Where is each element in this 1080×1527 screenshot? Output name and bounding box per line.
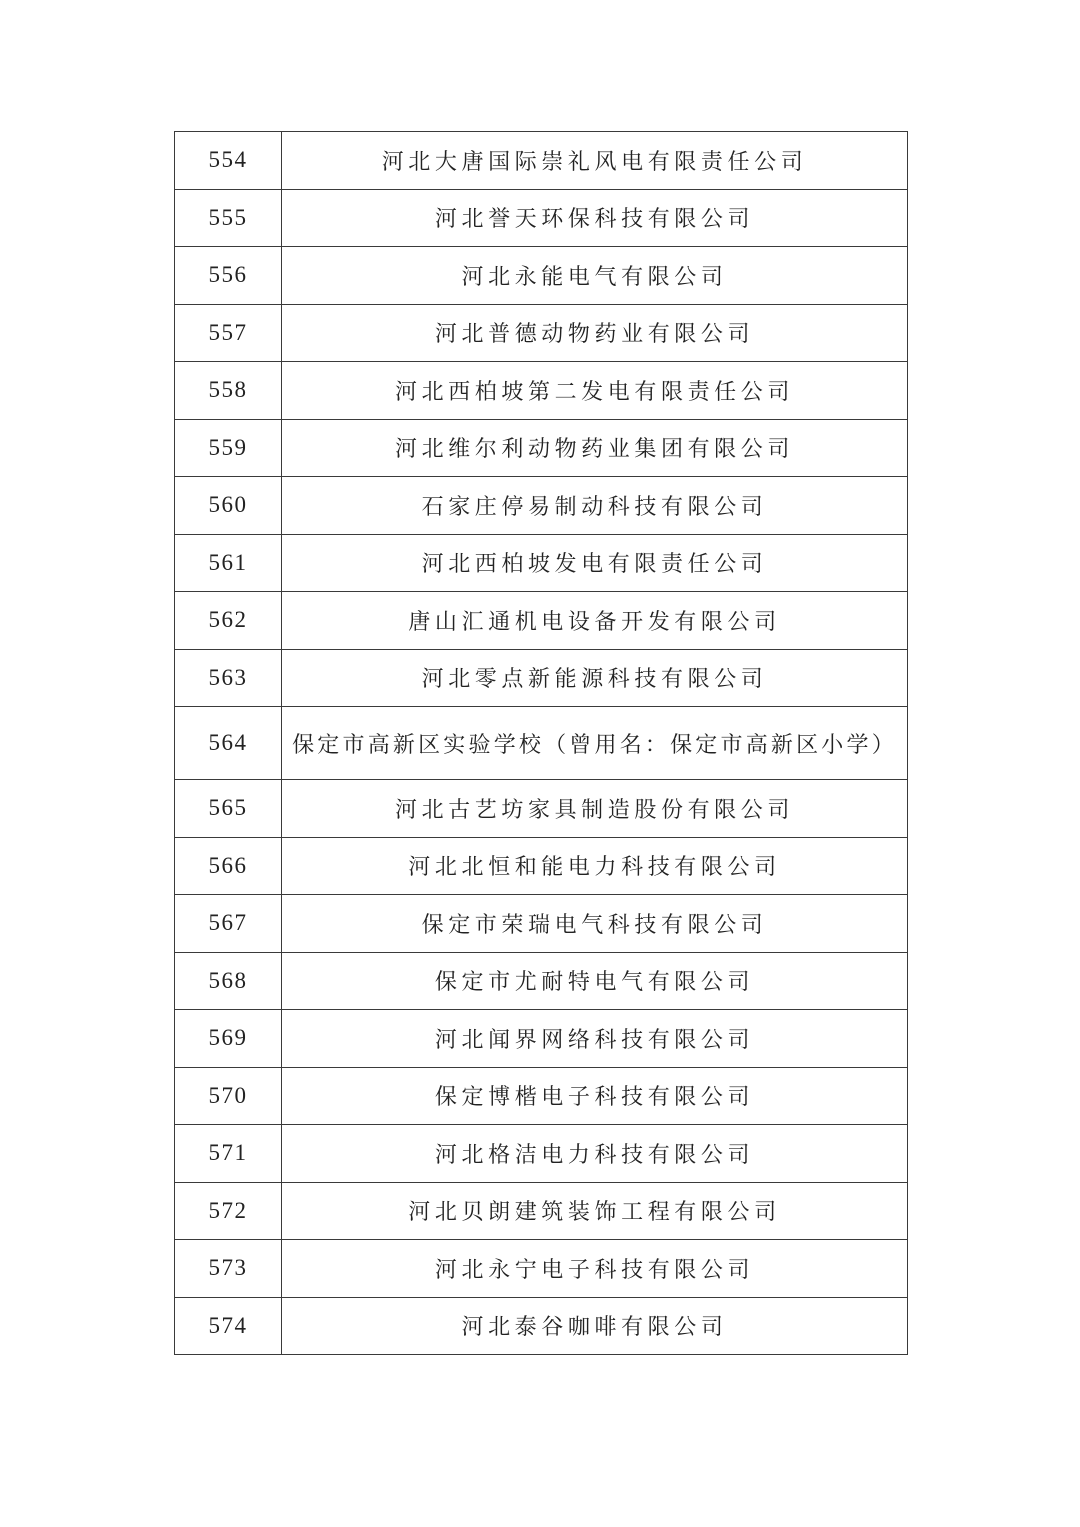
row-number: 567 bbox=[175, 895, 282, 953]
table-row: 556 河北永能电气有限公司 bbox=[175, 247, 908, 305]
company-name: 河北西柏坡发电有限责任公司 bbox=[282, 534, 908, 592]
company-list-table: 554 河北大唐国际崇礼风电有限责任公司 555 河北誉天环保科技有限公司 55… bbox=[174, 131, 908, 1355]
company-name: 河北北恒和能电力科技有限公司 bbox=[282, 837, 908, 895]
company-name: 河北大唐国际崇礼风电有限责任公司 bbox=[282, 132, 908, 190]
table-row: 560 石家庄停易制动科技有限公司 bbox=[175, 477, 908, 535]
row-number: 561 bbox=[175, 534, 282, 592]
row-number: 573 bbox=[175, 1240, 282, 1298]
table-row: 573 河北永宁电子科技有限公司 bbox=[175, 1240, 908, 1298]
table-row: 570 保定博楷电子科技有限公司 bbox=[175, 1067, 908, 1125]
table-row: 564 保定市高新区实验学校（曾用名：保定市高新区小学） bbox=[175, 707, 908, 780]
table-row: 555 河北誉天环保科技有限公司 bbox=[175, 189, 908, 247]
table-row: 559 河北维尔利动物药业集团有限公司 bbox=[175, 419, 908, 477]
table-row: 562 唐山汇通机电设备开发有限公司 bbox=[175, 592, 908, 650]
company-name: 河北维尔利动物药业集团有限公司 bbox=[282, 419, 908, 477]
row-number: 556 bbox=[175, 247, 282, 305]
table-row: 561 河北西柏坡发电有限责任公司 bbox=[175, 534, 908, 592]
row-number: 560 bbox=[175, 477, 282, 535]
company-name: 保定博楷电子科技有限公司 bbox=[282, 1067, 908, 1125]
row-number: 574 bbox=[175, 1297, 282, 1355]
company-name: 河北古艺坊家具制造股份有限公司 bbox=[282, 780, 908, 838]
company-name: 保定市荣瑞电气科技有限公司 bbox=[282, 895, 908, 953]
table-row: 569 河北闻界网络科技有限公司 bbox=[175, 1010, 908, 1068]
company-name: 河北西柏坡第二发电有限责任公司 bbox=[282, 362, 908, 420]
company-name: 河北普德动物药业有限公司 bbox=[282, 304, 908, 362]
row-number: 554 bbox=[175, 132, 282, 190]
table-row: 574 河北泰谷咖啡有限公司 bbox=[175, 1297, 908, 1355]
table-row: 563 河北零点新能源科技有限公司 bbox=[175, 649, 908, 707]
company-name: 石家庄停易制动科技有限公司 bbox=[282, 477, 908, 535]
row-number: 557 bbox=[175, 304, 282, 362]
table-row: 571 河北格洁电力科技有限公司 bbox=[175, 1125, 908, 1183]
company-name: 河北闻界网络科技有限公司 bbox=[282, 1010, 908, 1068]
document-page: 554 河北大唐国际崇礼风电有限责任公司 555 河北誉天环保科技有限公司 55… bbox=[0, 0, 1080, 1527]
company-name: 保定市尤耐特电气有限公司 bbox=[282, 952, 908, 1010]
company-name: 唐山汇通机电设备开发有限公司 bbox=[282, 592, 908, 650]
row-number: 572 bbox=[175, 1182, 282, 1240]
table-row: 567 保定市荣瑞电气科技有限公司 bbox=[175, 895, 908, 953]
company-name: 河北永宁电子科技有限公司 bbox=[282, 1240, 908, 1298]
company-name: 河北泰谷咖啡有限公司 bbox=[282, 1297, 908, 1355]
company-name: 保定市高新区实验学校（曾用名：保定市高新区小学） bbox=[282, 707, 908, 780]
table-row: 568 保定市尤耐特电气有限公司 bbox=[175, 952, 908, 1010]
row-number: 559 bbox=[175, 419, 282, 477]
row-number: 571 bbox=[175, 1125, 282, 1183]
table-row: 554 河北大唐国际崇礼风电有限责任公司 bbox=[175, 132, 908, 190]
row-number: 566 bbox=[175, 837, 282, 895]
row-number: 562 bbox=[175, 592, 282, 650]
table-row: 558 河北西柏坡第二发电有限责任公司 bbox=[175, 362, 908, 420]
table-row: 557 河北普德动物药业有限公司 bbox=[175, 304, 908, 362]
row-number: 565 bbox=[175, 780, 282, 838]
row-number: 568 bbox=[175, 952, 282, 1010]
row-number: 558 bbox=[175, 362, 282, 420]
row-number: 570 bbox=[175, 1067, 282, 1125]
table-row: 572 河北贝朗建筑装饰工程有限公司 bbox=[175, 1182, 908, 1240]
table-row: 565 河北古艺坊家具制造股份有限公司 bbox=[175, 780, 908, 838]
company-name: 河北格洁电力科技有限公司 bbox=[282, 1125, 908, 1183]
row-number: 569 bbox=[175, 1010, 282, 1068]
company-name: 河北贝朗建筑装饰工程有限公司 bbox=[282, 1182, 908, 1240]
row-number: 563 bbox=[175, 649, 282, 707]
row-number: 555 bbox=[175, 189, 282, 247]
company-name: 河北誉天环保科技有限公司 bbox=[282, 189, 908, 247]
company-name: 河北零点新能源科技有限公司 bbox=[282, 649, 908, 707]
company-name: 河北永能电气有限公司 bbox=[282, 247, 908, 305]
table-row: 566 河北北恒和能电力科技有限公司 bbox=[175, 837, 908, 895]
row-number: 564 bbox=[175, 707, 282, 780]
